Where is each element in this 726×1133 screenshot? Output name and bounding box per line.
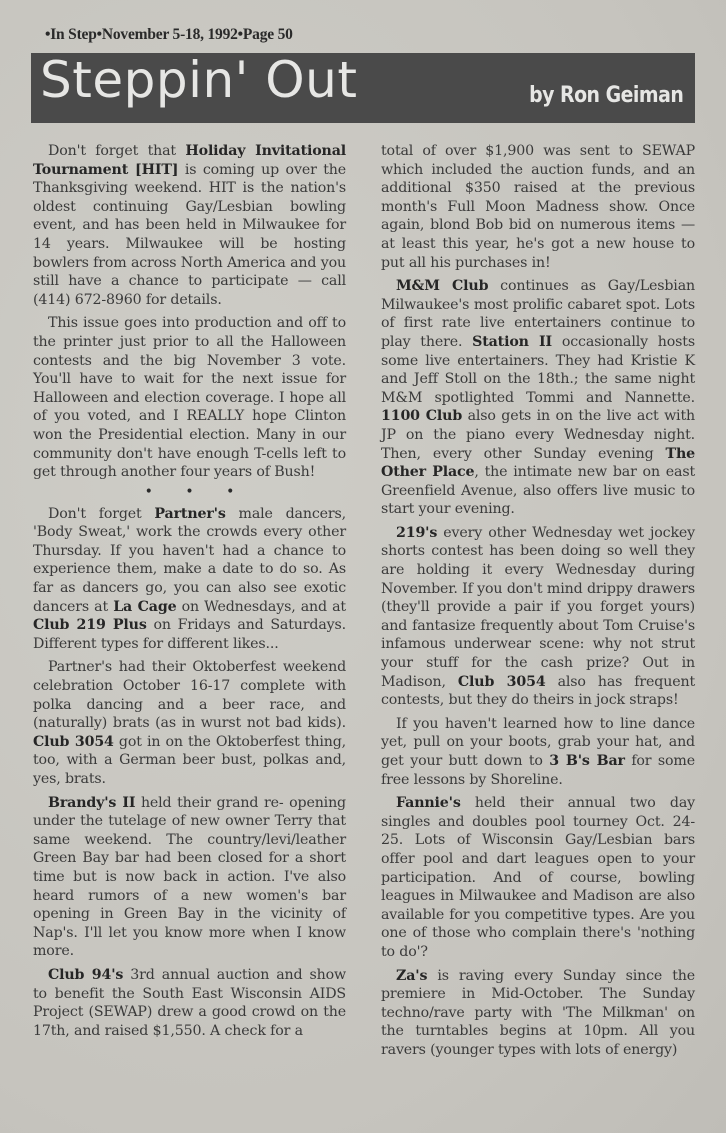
venue-name: Club 3054 <box>458 674 546 690</box>
column-title: Steppin' Out <box>40 51 357 109</box>
article-paragraph: Partner's had their Oktoberfest weekend … <box>33 658 346 788</box>
venue-name: 1100 Club <box>381 408 462 424</box>
venue-name: Station II <box>472 334 552 350</box>
article-paragraph: Za's is raving every Sunday since the pr… <box>381 967 695 1060</box>
article-paragraph: This issue goes into production and off … <box>33 314 346 481</box>
paragraph-text: held their grand re- opening under the t… <box>33 795 346 960</box>
article-paragraph: Club 94's 3rd annual auction and show to… <box>33 966 346 1040</box>
article-paragraph: Fannie's held their annual two day singl… <box>381 794 695 961</box>
paragraph-text: Don't forget that <box>48 143 185 159</box>
column-banner: Steppin' Out by Ron Geiman <box>31 53 695 123</box>
paragraph-text: Don't forget <box>48 506 154 522</box>
paragraph-text: is raving every Sunday since the premier… <box>381 968 695 1058</box>
venue-name: 219's <box>396 525 437 541</box>
venue-name: 3 B's Bar <box>549 753 625 769</box>
article-paragraph: total of over $1,900 was sent to SEWAP w… <box>381 142 695 272</box>
paragraph-text: is coming up over the Thanksgiving weeke… <box>33 162 346 308</box>
paragraph-text: Partner's had their Oktoberfest weekend … <box>33 659 346 731</box>
article-paragraph: Brandy's II held their grand re- opening… <box>33 794 346 961</box>
venue-name: Fannie's <box>396 795 461 811</box>
venue-name: Club 94's <box>48 967 123 983</box>
paragraph-text: every other Wednesday wet jockey shorts … <box>381 525 695 690</box>
venue-name: Club 219 Plus <box>33 617 147 633</box>
venue-name: Brandy's II <box>48 795 135 811</box>
article-paragraph: Don't forget that Holiday Invitational T… <box>33 142 346 309</box>
article-column-right: total of over $1,900 was sent to SEWAP w… <box>381 142 695 1065</box>
paragraph-text: total of over $1,900 was sent to SEWAP w… <box>381 143 695 271</box>
paragraph-text: on Wednesdays, and at <box>177 599 347 615</box>
paragraph-text: held their annual two day singles and do… <box>381 795 695 960</box>
byline: by Ron Geiman <box>529 83 683 108</box>
venue-name: La Cage <box>113 599 176 615</box>
article-paragraph: Don't forget Partner's male dancers, 'Bo… <box>33 505 346 654</box>
venue-name: Za's <box>396 968 427 984</box>
venue-name: Club 3054 <box>33 734 114 750</box>
page-folio: •In Step•November 5-18, 1992•Page 50 <box>45 26 293 44</box>
paragraph-text: This issue goes into production and off … <box>33 315 346 480</box>
venue-name: Partner's <box>154 506 225 522</box>
venue-name: M&M Club <box>396 278 488 294</box>
article-column-left: Don't forget that Holiday Invitational T… <box>33 142 346 1045</box>
section-divider: • • • <box>33 487 346 497</box>
article-paragraph: 219's every other Wednesday wet jockey s… <box>381 524 695 710</box>
article-paragraph: M&M Club continues as Gay/Lesbian Milwau… <box>381 277 695 519</box>
article-paragraph: If you haven't learned how to line dance… <box>381 715 695 789</box>
